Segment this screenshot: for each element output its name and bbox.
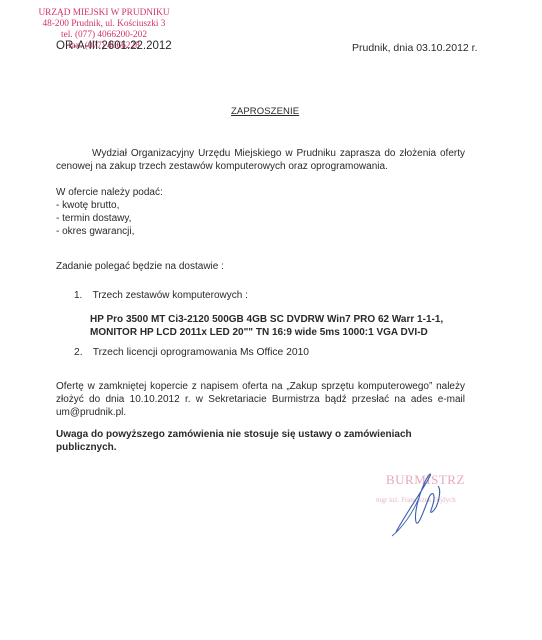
stamp-line-1: URZĄD MIEJSKI W PRUDNIKU — [34, 8, 174, 19]
stamp-line-2: 48-200 Prudnik, ul. Kościuszki 3 — [34, 19, 174, 30]
document-title: ZAPROSZENIE — [231, 106, 299, 117]
legal-note: Uwaga do powyższego zamówienia nie stosu… — [56, 428, 465, 454]
task-item-1: 1. Trzech zestawów komputerowych : — [74, 290, 248, 301]
task-heading: Zadanie polegać będzie na dostawie : — [56, 260, 465, 273]
task-item-label: Trzech licencji oprogramowania Ms Office… — [93, 347, 309, 358]
requirement-item: - okres gwarancji, — [56, 225, 465, 238]
requirements-heading: W ofercie należy podać: — [56, 186, 465, 199]
hardware-spec: HP Pro 3500 MT Ci3-2120 500GB 4GB SC DVD… — [90, 313, 465, 339]
list-number: 2. — [74, 347, 90, 358]
list-number: 1. — [74, 290, 90, 301]
submission-paragraph: Ofertę w zamkniętej kopercie z napisem o… — [56, 380, 465, 419]
place-date: Prudnik, dnia 03.10.2012 r. — [352, 42, 478, 54]
task-item-2: 2. Trzech licencji oprogramowania Ms Off… — [74, 347, 309, 358]
task-item-label: Trzech zestawów komputerowych : — [93, 290, 248, 301]
intro-paragraph: Wydział Organizacyjny Urzędu Miejskiego … — [56, 147, 465, 173]
requirement-item: - termin dostawy, — [56, 212, 465, 225]
offer-requirements: W ofercie należy podać: - kwotę brutto, … — [56, 186, 465, 238]
reference-number: OR-A-III.2601.22.2012 — [56, 40, 172, 52]
requirement-item: - kwotę brutto, — [56, 199, 465, 212]
handwritten-signature-icon — [388, 470, 448, 540]
